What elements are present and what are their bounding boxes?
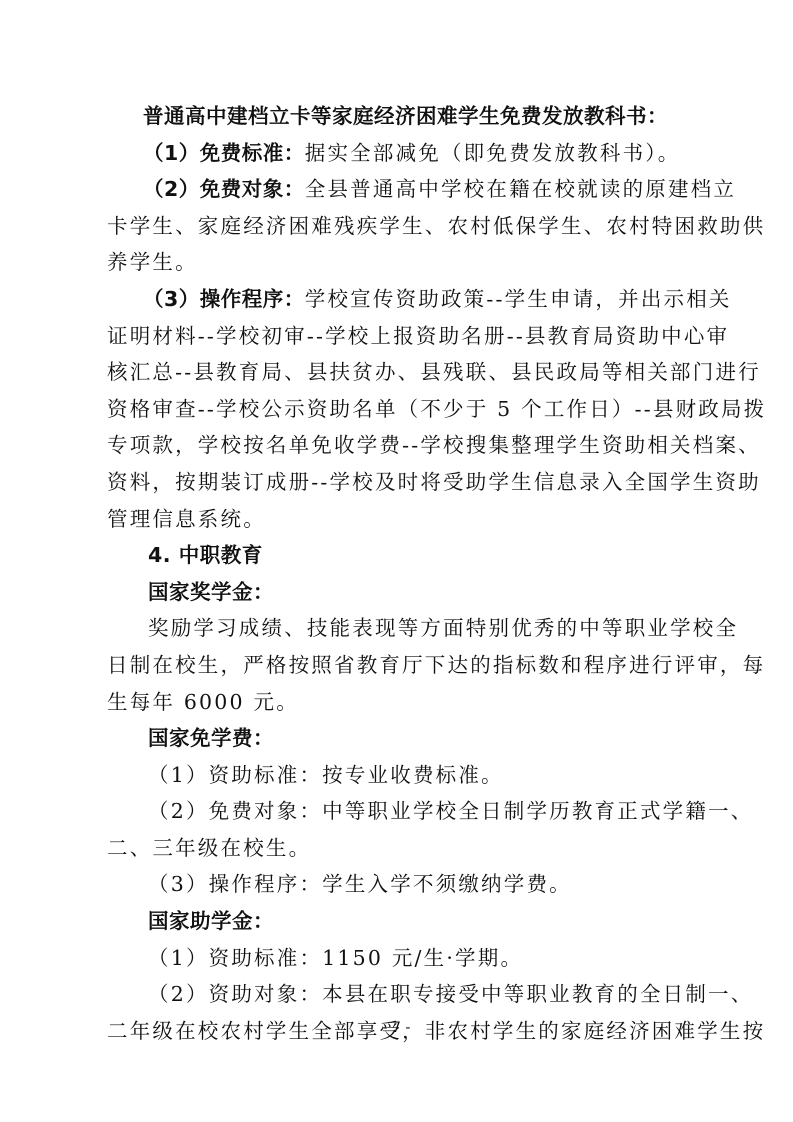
item-text: 学校宣传资助政策--学生申请，并出示相关 (305, 287, 732, 311)
section-4-title: 4. 中职教育 (107, 537, 695, 574)
item-label: （3）操作程序： (143, 287, 305, 311)
document-page: 普通高中建档立卡等家庭经济困难学生免费发放教科书： （1）免费标准：据实全部减免… (107, 98, 695, 1049)
paragraph-line: 证明材料--学校初审--学校上报资助名册--县教育局资助中心审 (107, 318, 695, 355)
textbook-item-2: （2）免费对象：全县普通高中学校在籍在校就读的原建档立 (107, 171, 695, 208)
item-label: （2）免费对象： (143, 177, 305, 201)
paragraph-line: （1）资助标准：按专业收费标准。 (107, 757, 695, 794)
paragraph-line: 养学生。 (107, 244, 695, 281)
paragraph-line: 奖励学习成绩、技能表现等方面特别优秀的中等职业学校全 (107, 610, 695, 647)
paragraph-line: 核汇总--县教育局、县扶贫办、县残联、县民政局等相关部门进行 (107, 354, 695, 391)
paragraph-line: 生每年 6000 元。 (107, 684, 695, 721)
item-text: 据实全部减免（即免费发放教科书）。 (305, 141, 681, 165)
tuition-free-heading: 国家免学费： (107, 720, 695, 757)
paragraph-line: 二、三年级在校生。 (107, 830, 695, 867)
item-label: （1）免费标准： (143, 141, 305, 165)
grant-heading: 国家助学金： (107, 903, 695, 940)
paragraph-line: 专项款，学校按名单免收学费--学校搜集整理学生资助相关档案、 (107, 427, 695, 464)
paragraph-line: （2）免费对象：中等职业学校全日制学历教育正式学籍一、 (107, 793, 695, 830)
paragraph-line: 日制在校生，严格按照省教育厅下达的指标数和程序进行评审，每 (107, 647, 695, 684)
paragraph-line: 资格审查--学校公示资助名单（不少于 5 个工作日）--县财政局拨 (107, 391, 695, 428)
heading-textbook: 普通高中建档立卡等家庭经济困难学生免费发放教科书： (107, 98, 695, 135)
paragraph-line: （1）资助标准：1150 元/生·学期。 (107, 940, 695, 977)
item-text: 全县普通高中学校在籍在校就读的原建档立 (305, 177, 736, 201)
textbook-item-1: （1）免费标准：据实全部减免（即免费发放教科书）。 (107, 135, 695, 172)
paragraph-line: 资料，按期装订成册--学校及时将受助学生信息录入全国学生资助 (107, 464, 695, 501)
page-number: - 7 - (0, 1020, 793, 1036)
paragraph-line: （2）资助对象：本县在职专接受中等职业教育的全日制一、 (107, 976, 695, 1013)
paragraph-line: 管理信息系统。 (107, 501, 695, 538)
textbook-item-3: （3）操作程序：学校宣传资助政策--学生申请，并出示相关 (107, 281, 695, 318)
paragraph-line: 卡学生、家庭经济困难残疾学生、农村低保学生、农村特困救助供 (107, 208, 695, 245)
paragraph-line: （3）操作程序：学生入学不须缴纳学费。 (107, 866, 695, 903)
scholarship-heading: 国家奖学金： (107, 574, 695, 611)
